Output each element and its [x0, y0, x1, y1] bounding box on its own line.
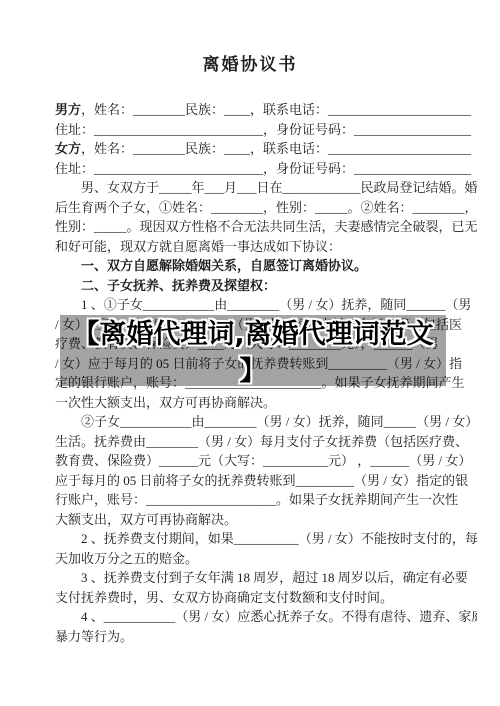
doc-line-segment: 行账户，账号：____________________。如果子女抚养期间产生一次…	[55, 492, 458, 507]
doc-line-segment: 男方	[55, 102, 81, 117]
doc-line-segment: 2 、抚养费支付期间，如果__________（男 / 女）不能按时支付的，每	[81, 531, 477, 546]
doc-line: 暴力等行为。	[55, 627, 477, 647]
document-page: 离婚协议书 男方，姓名：________民族：____，联系电话：_______…	[0, 0, 500, 706]
doc-line-segment: 性别：_____。现因双方性格不合无法共同生活，夫妻感情完全破裂，已无	[55, 219, 477, 234]
watermark-text-line2: 】	[60, 353, 446, 390]
doc-line-segment: 女方	[55, 141, 81, 156]
doc-line: 支付抚养费时，男、女双方协商确定支付数额和支付时间。	[55, 588, 477, 608]
doc-line-segment: 4 、___________（男 / 女）应悉心抚养子女。不得有虐待、遗弃、家庭	[81, 609, 477, 624]
doc-line-segment: 住址：__________________________，身份证号码：____…	[55, 122, 471, 137]
doc-line-segment: ②子女___________由________（男 / 女）抚养，随同_____…	[81, 414, 477, 429]
watermark-text: 【离婚代理词,离婚代理词范文 】	[60, 316, 446, 390]
doc-line-segment: 3 、抚养费支付到子女年满 18 周岁，超过 18 周岁以后，确定有必要	[81, 570, 468, 585]
doc-line-segment: 生活。抚养费由________（男 / 女）每月支付子女抚养费（包括医疗费、	[55, 434, 468, 449]
doc-line: 女方，姓名：________民族：____，联系电话：_____________…	[55, 139, 477, 159]
doc-line: 1 、①子女___________由________（男 / 女）抚养，随同__…	[55, 295, 477, 315]
doc-line-segment: ，姓名：________民族：____，联系电话：_______________…	[81, 102, 471, 117]
doc-line-segment: 男、女双方于_____年___月___日在____________民政局登记结婚…	[81, 180, 477, 195]
doc-line-segment: 1 、①子女___________由________（男 / 女）抚养，随同__…	[81, 297, 471, 312]
doc-line: 后生育两个子女，①姓名：________，性别：_____。②姓名：______…	[55, 198, 477, 218]
watermark-text-line1: 【离婚代理词,离婚代理词范文	[60, 316, 446, 353]
doc-line: 一次性大额支出，双方可再协商解决。	[55, 393, 477, 413]
doc-line-segment: 支付抚养费时，男、女双方协商确定支付数额和支付时间。	[55, 590, 393, 605]
doc-line: 3 、抚养费支付到子女年满 18 周岁，超过 18 周岁以后，确定有必要	[55, 568, 477, 588]
doc-line: 男、女双方于_____年___月___日在____________民政局登记结婚…	[55, 178, 477, 198]
watermark-overlay: 【离婚代理词,离婚代理词范文 】	[60, 315, 446, 386]
doc-line-segment: 教育费、保险费）______元（大写：__________元） ，______（…	[55, 453, 471, 468]
doc-line: 二、子女抚养、抚养费及探望权：	[55, 276, 477, 296]
document-title: 离婚协议书	[0, 50, 500, 75]
doc-line: 2 、抚养费支付期间，如果__________（男 / 女）不能按时支付的，每	[55, 529, 477, 549]
doc-line: 和好可能，现双方就自愿离婚一事达成如下协议：	[55, 237, 477, 257]
doc-line-segment: 大额支出，双方可再协商解决。	[55, 512, 237, 527]
doc-line: 应于每月的 05 日前将子女的抚养费转账到_________（男 / 女）指定的…	[55, 471, 477, 491]
doc-line: 住址：__________________________，身份证号码：____…	[55, 159, 477, 179]
doc-line-segment: 二、子女抚养、抚养费及探望权：	[81, 278, 276, 293]
doc-line: 行账户，账号：____________________。如果子女抚养期间产生一次…	[55, 490, 477, 510]
doc-line-segment: ，姓名：________民族：____，联系电话：_______________…	[81, 141, 471, 156]
doc-line-segment: 住址：__________________________，身份证号码：____…	[55, 161, 471, 176]
doc-line: 生活。抚养费由________（男 / 女）每月支付子女抚养费（包括医疗费、	[55, 432, 477, 452]
doc-line-segment: 暴力等行为。	[55, 629, 133, 644]
doc-line-segment: 一、双方自愿解除婚姻关系，自愿签订离婚协议。	[81, 258, 367, 273]
doc-line: 性别：_____。现因双方性格不合无法共同生活，夫妻感情完全破裂，已无	[55, 217, 477, 237]
doc-line: 男方，姓名：________民族：____，联系电话：_____________…	[55, 100, 477, 120]
doc-line-segment: 一次性大额支出，双方可再协商解决。	[55, 395, 276, 410]
doc-line-segment: 后生育两个子女，①姓名：________，性别：_____。②姓名：______…	[55, 200, 477, 215]
doc-line: 教育费、保险费）______元（大写：__________元） ，______（…	[55, 451, 477, 471]
doc-line: 一、双方自愿解除婚姻关系，自愿签订离婚协议。	[55, 256, 477, 276]
doc-line-segment: 天加收万分之五的赔金。	[55, 551, 198, 566]
doc-line: ②子女___________由________（男 / 女）抚养，随同_____…	[55, 412, 477, 432]
doc-line-segment: 应于每月的 05 日前将子女的抚养费转账到_________（男 / 女）指定的…	[55, 473, 468, 488]
doc-line: 4 、___________（男 / 女）应悉心抚养子女。不得有虐待、遗弃、家庭	[55, 607, 477, 627]
doc-line: 天加收万分之五的赔金。	[55, 549, 477, 569]
doc-line: 住址：__________________________，身份证号码：____…	[55, 120, 477, 140]
doc-line: 大额支出，双方可再协商解决。	[55, 510, 477, 530]
doc-line-segment: 和好可能，现双方就自愿离婚一事达成如下协议：	[55, 239, 341, 254]
